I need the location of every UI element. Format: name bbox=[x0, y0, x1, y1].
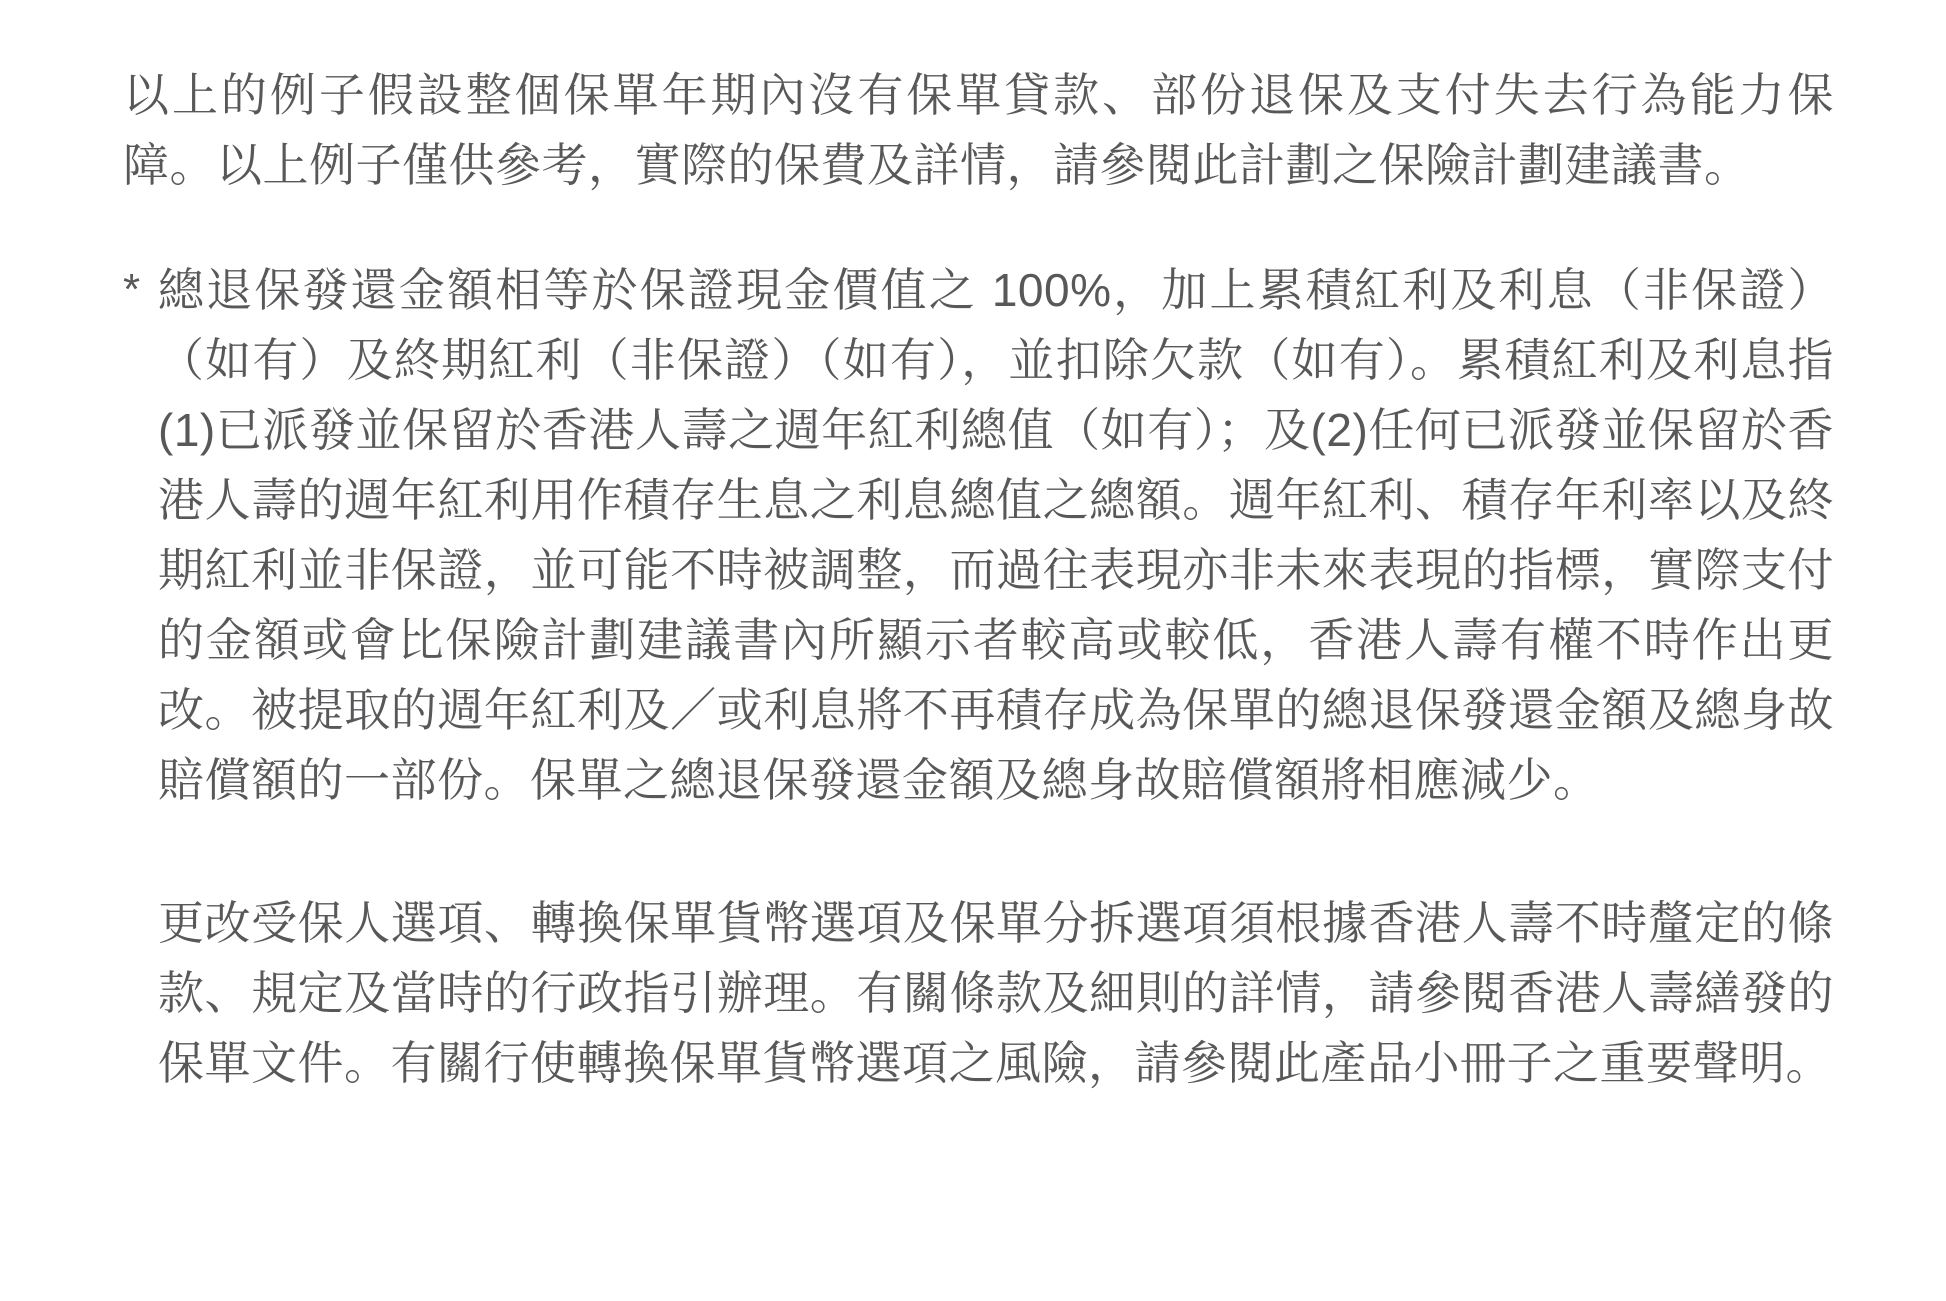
footnote-asterisk-marker: * bbox=[123, 255, 158, 325]
footnote-paragraph-2: 更改受保人選項、轉換保單貨幣選項及保單分拆選項須根據香港人壽不時釐定的條款、規定… bbox=[158, 888, 1834, 1098]
footnote-paragraph-1: 總退保發還金額相等於保證現金價值之 100%，加上累積紅利及利息（非保證）（如有… bbox=[158, 255, 1834, 815]
footnote-block: * 總退保發還金額相等於保證現金價值之 100%，加上累積紅利及利息（非保證）（… bbox=[123, 255, 1834, 1098]
document-page: 以上的例子假設整個保單年期內沒有保單貸款、部份退保及支付失去行為能力保障。以上例… bbox=[0, 0, 1946, 1301]
intro-paragraph: 以上的例子假設整個保單年期內沒有保單貸款、部份退保及支付失去行為能力保障。以上例… bbox=[123, 60, 1834, 200]
footnote-asterisk-row: * 總退保發還金額相等於保證現金價值之 100%，加上累積紅利及利息（非保證）（… bbox=[123, 255, 1834, 815]
